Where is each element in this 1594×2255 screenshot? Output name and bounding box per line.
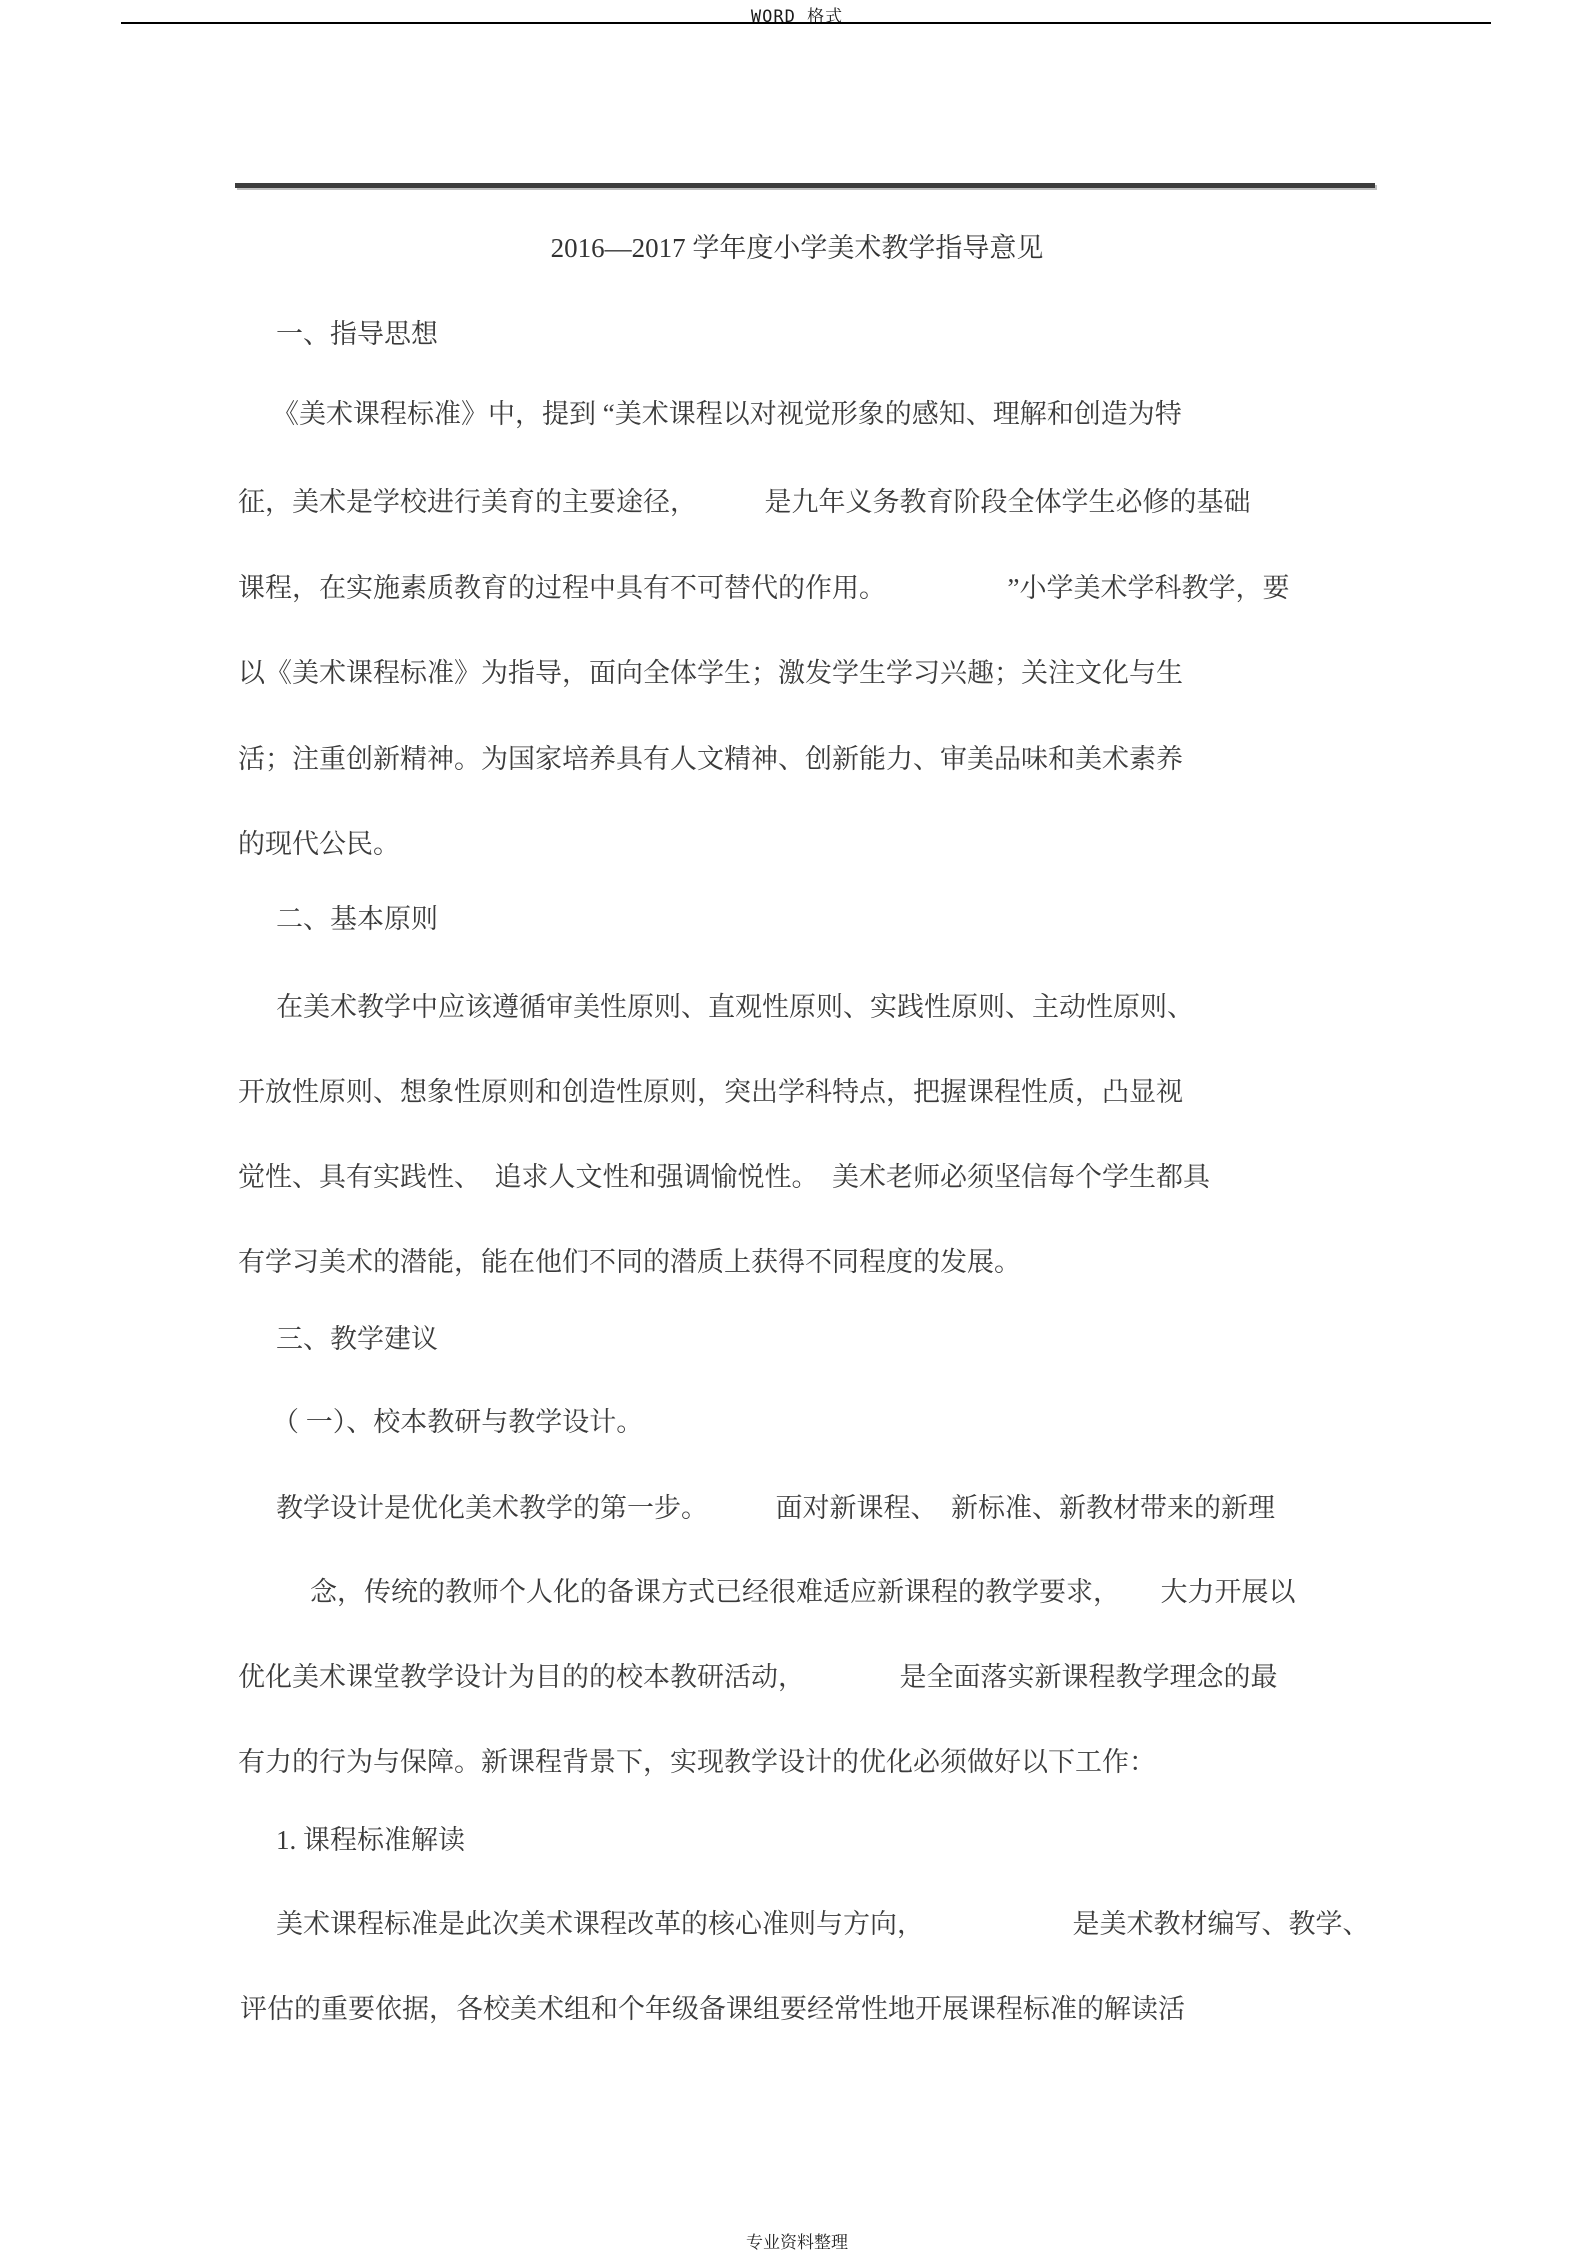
document-title: 2016—2017 学年度小学美术教学指导意见 xyxy=(0,226,1594,265)
paragraph-line: 《美术课程标准》中，提到 “美术课程以对视觉形象的感知、理解和创造为特 xyxy=(272,398,1182,430)
paragraph-line: 活；注重创新精神。为国家培养具有人文精神、创新能力、审美品味和美术素养 xyxy=(238,743,1183,775)
paragraph-line: 课程，在实施素质教育的过程中具有不可替代的作用。 ”小学美术学科教学，要 xyxy=(238,572,1289,604)
section-heading-1: 一、指导思想 xyxy=(276,318,438,350)
section-heading-2: 二、基本原则 xyxy=(276,903,438,935)
document-page: WORD 格式 2016—2017 学年度小学美术教学指导意见 一、指导思想 《… xyxy=(0,0,1594,2255)
paragraph-line: 教学设计是优化美术教学的第一步。 面对新课程、 新标准、新教材带来的新理 xyxy=(276,1492,1275,1524)
paragraph-line: 美术课程标准是此次美术课程改革的核心准则与方向， 是美术教材编写、教学、 xyxy=(276,1908,1370,1940)
paragraph-line: 念，传统的教师个人化的备课方式已经很难适应新课程的教学要求， 大力开展以 xyxy=(310,1576,1296,1608)
paragraph-line: 觉性、具有实践性、 追求人文性和强调愉悦性。 美术老师必须坚信每个学生都具 xyxy=(238,1161,1210,1193)
title-divider-rule xyxy=(235,183,1375,188)
paragraph-line: 有力的行为与保障。新课程背景下，实现教学设计的优化必须做好以下工作： xyxy=(238,1746,1156,1778)
paragraph-line: 的现代公民。 xyxy=(238,828,400,860)
footer-label: 专业资料整理 xyxy=(0,2228,1594,2253)
paragraph-line: 征，美术是学校进行美育的主要途径， 是九年义务教育阶段全体学生必修的基础 xyxy=(238,486,1251,518)
paragraph-line: 评估的重要依据，各校美术组和个年级备课组要经常性地开展课程标准的解读活 xyxy=(240,1993,1185,2025)
paragraph-line: 在美术教学中应该遵循审美性原则、直观性原则、实践性原则、主动性原则、 xyxy=(276,991,1194,1023)
paragraph-line: 开放性原则、想象性原则和创造性原则，突出学科特点，把握课程性质，凸显视 xyxy=(238,1076,1183,1108)
paragraph-line: 以《美术课程标准》为指导，面向全体学生；激发学生学习兴趣；关注文化与生 xyxy=(238,657,1183,689)
section-heading-3: 三、教学建议 xyxy=(276,1323,438,1355)
paragraph-line: 优化美术课堂教学设计为目的的校本教研活动， 是全面落实新课程教学理念的最 xyxy=(238,1661,1278,1693)
list-item-heading: 1. 课程标准解读 xyxy=(276,1824,465,1856)
header-rule xyxy=(121,22,1491,24)
paragraph-line: 有学习美术的潜能，能在他们不同的潜质上获得不同程度的发展。 xyxy=(238,1246,1021,1278)
subsection-heading: （ 一）、校本教研与教学设计。 xyxy=(272,1406,643,1438)
